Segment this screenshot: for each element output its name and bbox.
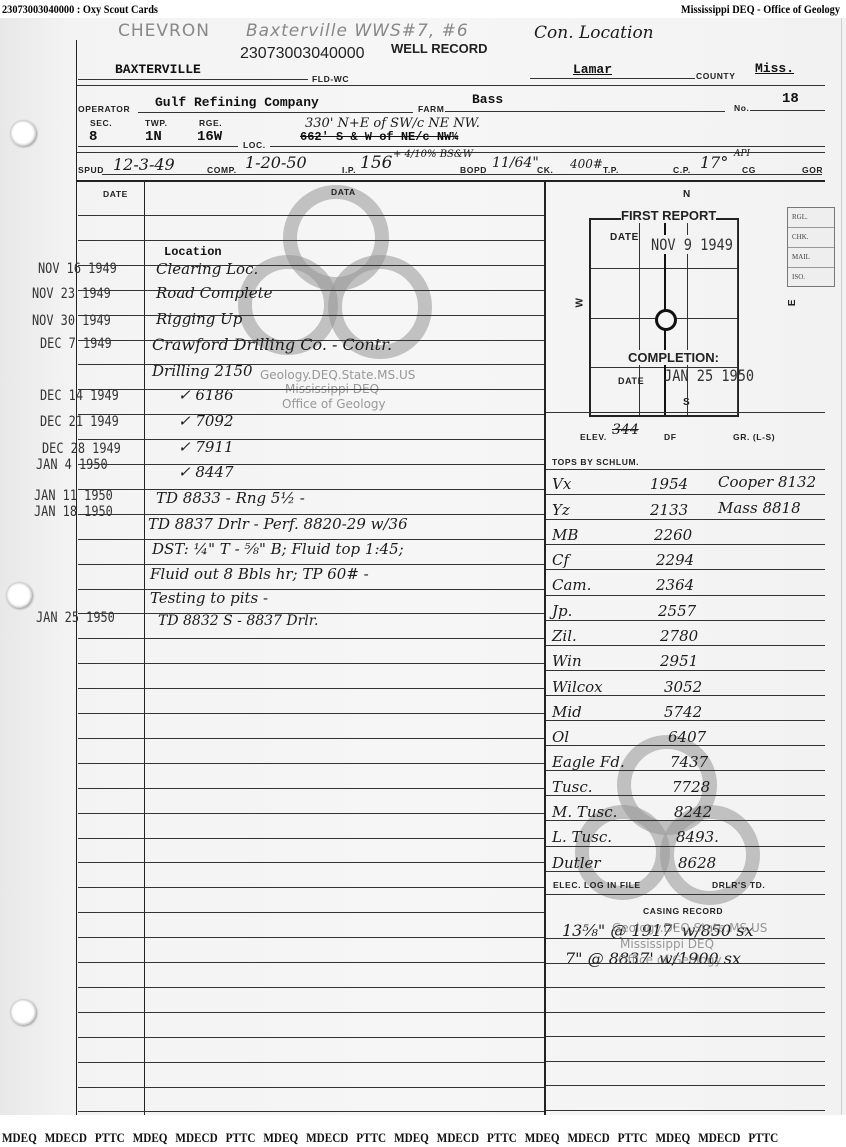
ruled-line (78, 414, 544, 415)
ruled-line (546, 846, 825, 847)
ruled-line (78, 464, 544, 465)
top-formation-name: Dutler (552, 854, 601, 872)
top-formation-name: Mid (552, 703, 582, 721)
ruled-line (78, 489, 544, 490)
punch-hole-top (10, 120, 36, 146)
watermark-text: Office of Geology (618, 953, 722, 967)
top-depth: 2133 (650, 501, 688, 519)
df-label: DF (664, 432, 677, 442)
top-depth: 2780 (660, 627, 698, 645)
header-bottom-divider (77, 180, 825, 182)
compass-north: N (683, 189, 691, 200)
completion-date-label: DATE (618, 376, 644, 386)
compass-east: E (787, 299, 798, 306)
sec-twp-rge-underline (78, 146, 238, 147)
cp-note: API (734, 149, 750, 159)
date-column-header: DATE (103, 189, 128, 199)
top-formation-name: Cf (552, 551, 569, 569)
top-formation-name: Tusc. (552, 778, 593, 796)
ck-value: 400# (570, 157, 603, 171)
elev-value: 344 (612, 422, 639, 438)
top-formation-name: Cam. (552, 576, 591, 594)
top-depth: 2260 (654, 526, 692, 544)
log-data: TD 8837 Drlr - Perf. 8820-29 w/36 (148, 515, 408, 533)
ruled-line (546, 963, 825, 964)
ruled-line (546, 620, 825, 621)
ruled-line (546, 720, 825, 721)
log-date: JAN 11 1950 (34, 488, 113, 504)
log-date: DEC 14 1949 (40, 388, 119, 404)
rge-label: RGE. (199, 118, 222, 128)
ruled-line (78, 340, 544, 341)
gr-label: GR. (L-S) (733, 432, 775, 442)
ruled-line (78, 589, 544, 590)
watermark-text: Office of Geology (282, 397, 386, 411)
ruled-line (546, 770, 825, 771)
ruled-line (546, 469, 825, 470)
routing-stamp-row: RGL. (788, 208, 834, 228)
operator-value: Gulf Refining Company (155, 95, 319, 110)
ruled-line (78, 613, 544, 614)
form-title: WELL RECORD (391, 41, 488, 56)
plat-grid-line (737, 220, 738, 415)
routing-stamp-row: CHK. (788, 228, 834, 248)
api-number: 23073003040000 (240, 45, 365, 63)
date-column-divider (144, 182, 145, 1115)
log-data: Rigging Up (156, 310, 242, 328)
ruled-line (546, 1036, 825, 1037)
cp-value: 17° (700, 153, 728, 172)
field-value: BAXTERVILLE (115, 62, 201, 77)
ruled-line (78, 539, 544, 540)
top-depth: 2557 (658, 602, 696, 620)
top-formation-name: L. Tusc. (552, 828, 612, 846)
comp-value: 1-20-50 (245, 153, 307, 172)
top-depth: 3052 (664, 678, 702, 696)
ruled-line (78, 738, 544, 739)
watermark-text: Mississippi DEQ (620, 937, 714, 951)
ruled-line (78, 713, 544, 714)
ruled-line (78, 962, 544, 963)
ruled-line (78, 240, 544, 241)
log-data: Crawford Drilling Co. - Contr. (152, 335, 392, 354)
loc-typed-struck: 662' S & W of NE/c NW¼ (300, 130, 458, 144)
top-formation-name: Wilcox (552, 678, 603, 696)
twp-value: 1N (145, 129, 162, 145)
ruled-line (78, 788, 544, 789)
sec-value: 8 (89, 129, 97, 145)
county-label: COUNTY (696, 71, 736, 81)
ruled-line (546, 871, 825, 872)
log-date: NOV 23 1949 (32, 286, 111, 302)
top-formation-name: Zil. (552, 627, 577, 645)
ruled-line (78, 912, 544, 913)
tops-bottom-divider (546, 894, 825, 895)
state-value: Miss. (755, 61, 794, 76)
agency-title: Mississippi DEQ - Office of Geology (681, 2, 840, 17)
pencil-operator-note: CHEVRON (118, 21, 210, 41)
ruled-line (78, 1037, 544, 1038)
log-date: JAN 4 1950 (36, 457, 108, 473)
casing-record-label: CASING RECORD (643, 906, 723, 916)
ruled-line (78, 1062, 544, 1063)
log-data: Road Complete (156, 284, 273, 302)
routing-stamp-row: MAIL (788, 248, 834, 268)
ruled-line (78, 215, 544, 216)
ruled-line (78, 514, 544, 515)
field-label: FLD-WC (312, 74, 349, 84)
operator-label: OPERATOR (78, 104, 130, 114)
ip-value: 156 (360, 153, 392, 173)
ruled-line (546, 938, 825, 939)
watermark-text: Geology.DEQ.State.MS.US (612, 921, 767, 935)
top-depth: 2364 (656, 576, 694, 594)
ruled-line (546, 494, 825, 495)
top-depth: 8493. (676, 828, 719, 846)
ruled-line (546, 1085, 825, 1086)
loc-underline (270, 146, 825, 147)
footer-agencies: MDEQ MDECD PTTC MDEQ MDECD PTTC MDEQ MDE… (2, 1130, 778, 1146)
log-date: JAN 18 1950 (34, 504, 113, 520)
loc-handwritten: 330' N+E of SW/c NE NW. (305, 116, 480, 131)
top-depth: 2294 (656, 551, 694, 569)
first-report-label: FIRST REPORT (621, 208, 716, 223)
top-depth: 6407 (668, 728, 706, 746)
top-formation-name: MB (552, 526, 578, 544)
row4-underline (102, 174, 822, 175)
top-formation-name: Eagle Fd. (552, 753, 625, 771)
routing-stamp: RGL. CHK. MAIL ISO. (787, 207, 835, 287)
completion-date: JAN 25 1950 (664, 366, 754, 385)
top-extra: Mass 8818 (718, 499, 801, 517)
top-formation-name: Yz (552, 501, 570, 519)
well-no-value: 18 (782, 91, 799, 107)
ruled-line (78, 439, 544, 440)
county-value: Lamar (573, 62, 612, 77)
ruled-line (546, 670, 825, 671)
elec-log-label: ELEC. LOG IN FILE (553, 880, 641, 890)
corner-note: Con. Location (534, 23, 654, 43)
log-date: DEC 21 1949 (40, 414, 119, 430)
loc-label: LOC. (243, 140, 266, 150)
first-report-date-label: DATE (610, 232, 639, 243)
ruled-line (78, 763, 544, 764)
top-depth: 8242 (674, 803, 712, 821)
ruled-line (546, 1110, 825, 1111)
ruled-line (546, 820, 825, 821)
bopd-value: 11/64" (492, 155, 539, 171)
first-report-date: NOV 9 1949 (651, 235, 733, 254)
ruled-line (546, 519, 825, 520)
top-formation-name: M. Tusc. (552, 803, 617, 821)
scout-card: CHEVRON Baxterville WWS#7, #6 Con. Locat… (0, 17, 846, 1115)
top-formation-name: Jp. (552, 602, 572, 620)
punch-hole-bottom (10, 999, 36, 1025)
ruled-line (78, 887, 544, 888)
top-depth: 8628 (678, 854, 716, 872)
well-no-label: No. (734, 103, 750, 113)
ruled-line (78, 564, 544, 565)
log-date: DEC 7 1949 (40, 336, 112, 352)
spud-label: SPUD (78, 165, 104, 175)
ruled-line (78, 638, 544, 639)
well-location-icon (655, 309, 677, 331)
ruled-line (546, 795, 825, 796)
ruled-line (78, 688, 544, 689)
row-divider (77, 85, 825, 86)
top-depth: 2951 (660, 652, 698, 670)
watermark-text: Geology.DEQ.State.MS.US (260, 368, 415, 382)
farm-value: Bass (472, 92, 503, 107)
ruled-line (78, 663, 544, 664)
log-data: Fluid out 8 Bbls hr; TP 60# - (150, 565, 369, 583)
top-formation-name: Vx (552, 475, 571, 493)
ruled-line (546, 645, 825, 646)
punch-hole-middle (6, 582, 32, 608)
ruled-line (78, 813, 544, 814)
ruled-line (78, 315, 544, 316)
ruled-line (78, 364, 544, 365)
ruled-line (78, 1087, 544, 1088)
log-data: DST: ¼" T - ⅝" B; Fluid top 1:45; (152, 540, 404, 558)
log-data: TD 8833 - Rng 5½ - (156, 489, 305, 507)
record-id-title: 23073003040000 : Oxy Scout Cards (2, 2, 158, 17)
ruled-line (78, 265, 544, 266)
operator-underline (138, 112, 413, 113)
ruled-line (546, 544, 825, 545)
log-date: NOV 16 1949 (38, 261, 117, 277)
top-depth: 7437 (670, 753, 708, 771)
ruled-line (546, 745, 825, 746)
log-data: Testing to pits - (150, 589, 268, 607)
ruled-line (546, 595, 825, 596)
spud-value: 12-3-49 (113, 155, 175, 174)
ruled-line (78, 1111, 544, 1112)
drlr-td-label: DRLR'S TD. (712, 880, 765, 890)
top-formation-name: Win (552, 652, 582, 670)
center-divider (544, 182, 546, 1115)
log-data: ✓ 7911 (178, 438, 234, 456)
data-column-header: DATA (331, 187, 356, 197)
county-underline (530, 78, 695, 79)
top-depth: 5742 (664, 703, 702, 721)
ruled-line (78, 937, 544, 938)
log-data: Clearing Loc. (156, 260, 258, 278)
well-no-underline (750, 110, 825, 111)
rge-value: 16W (197, 129, 222, 145)
ruled-line (546, 569, 825, 570)
ruled-line (546, 695, 825, 696)
ruled-line (78, 987, 544, 988)
compass-west: W (575, 297, 586, 307)
log-data: TD 8832 S - 8837 Drlr. (158, 613, 318, 629)
log-first-line: Location (164, 245, 222, 259)
log-date: DEC 28 1949 (42, 441, 121, 457)
top-depth: 7728 (672, 778, 710, 796)
twp-label: TWP. (145, 118, 168, 128)
ruled-line (78, 290, 544, 291)
ruled-line (78, 862, 544, 863)
ruled-line (78, 1012, 544, 1013)
ruled-line (78, 389, 544, 390)
farm-underline (445, 111, 725, 112)
completion-label: COMPLETION: (628, 350, 719, 365)
elev-label: ELEV. (580, 432, 607, 442)
top-extra: Cooper 8132 (718, 473, 816, 491)
ruled-line (78, 838, 544, 839)
farm-label: FARM (418, 104, 444, 114)
page-footer: MDEQ MDECD PTTC MDEQ MDECD PTTC MDEQ MDE… (0, 1128, 846, 1147)
routing-stamp-row: ISO. (788, 268, 834, 288)
ruled-line (546, 1061, 825, 1062)
ip-note: + 4/10% BS&W (393, 149, 473, 160)
ruled-line (546, 1012, 825, 1013)
sec-label: SEC. (90, 118, 112, 128)
plat-bottom-divider (546, 412, 825, 413)
ruled-line (546, 987, 825, 988)
top-depth: 1954 (650, 475, 688, 493)
form-left-border (76, 40, 77, 1115)
pencil-field-note: Baxterville WWS#7, #6 (246, 21, 469, 41)
page-header: 23073003040000 : Oxy Scout Cards Mississ… (0, 0, 846, 18)
log-data: ✓ 8447 (178, 463, 234, 481)
tops-label: TOPS BY SCHLUM. (552, 457, 639, 467)
top-formation-name: Ol (552, 728, 569, 746)
field-underline (78, 79, 308, 80)
